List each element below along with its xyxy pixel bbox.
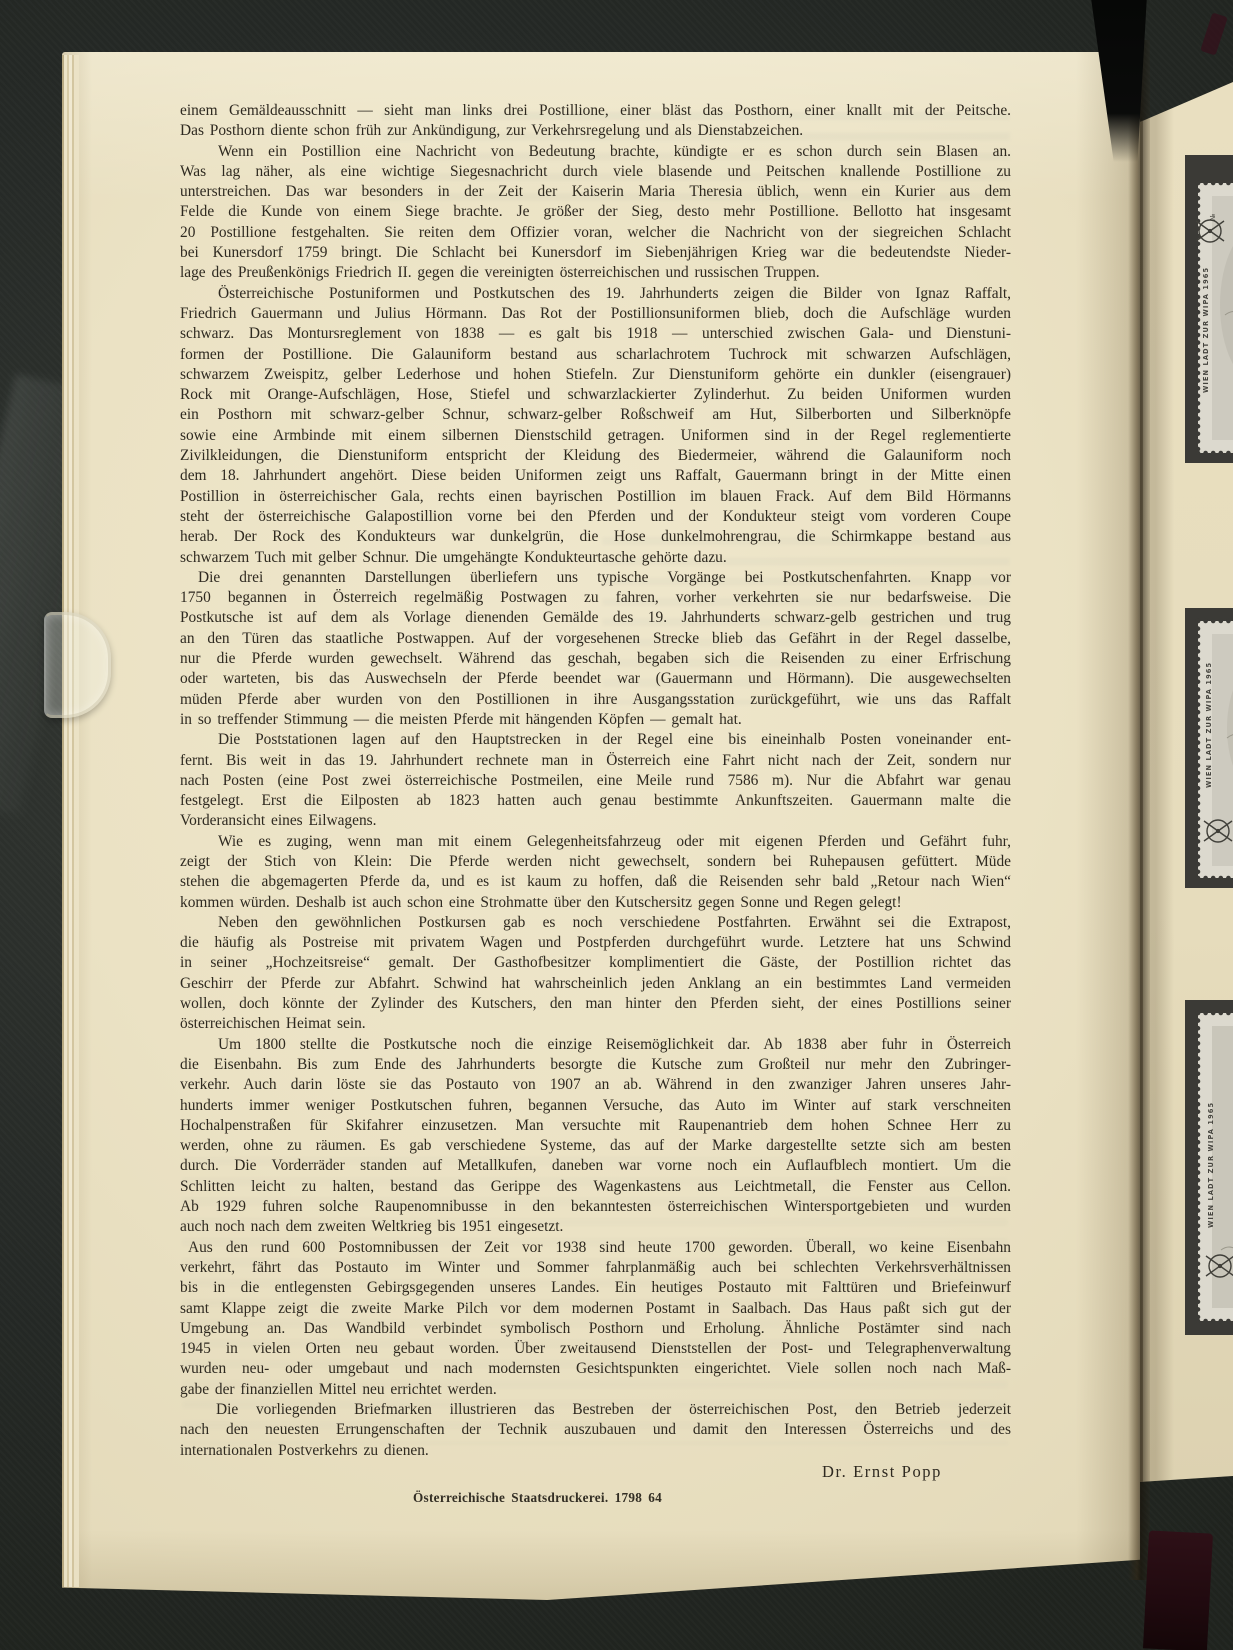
text-line: steht der österreichische Galapostillion… bbox=[180, 507, 1011, 527]
paragraph: Neben den gewöhnlichen Postkursen gab es… bbox=[180, 913, 1011, 1035]
text-line: dem 18. Jahrhundert angehört. Diese beid… bbox=[180, 466, 1011, 486]
text-line: Hochalpenstraßen für Skifahrer einzusetz… bbox=[180, 1116, 1011, 1136]
text-line: festgelegt. Erst die Eilposten ab 1823 h… bbox=[180, 791, 1011, 811]
text-line: schwarz. Das Montursreglement von 1838 —… bbox=[180, 324, 1011, 344]
text-line: schwarzem Tuch mit gelber Schnur. Die um… bbox=[180, 548, 1011, 568]
text-line: auch noch nach dem zweiten Weltkrieg bis… bbox=[180, 1217, 1011, 1237]
imprint-line: Österreichische Staatsdruckerei. 1798 64 bbox=[413, 1490, 662, 1506]
book-cover-edge bbox=[1200, 13, 1228, 56]
text-line: nach den neuesten Errungenschaften der T… bbox=[180, 1420, 1011, 1440]
text-line: samt Klappe zeigt die zweite Marke Pilch… bbox=[180, 1299, 1011, 1319]
stamp-caption: WIEN LADT ZUR WIPA 1965 bbox=[1205, 662, 1213, 788]
text-line: die Eisenbahn. Bis zum Ende des Jahrhund… bbox=[180, 1055, 1011, 1075]
text-line: Wenn ein Postillion eine Nachricht von B… bbox=[180, 142, 1011, 162]
text-line: Neben den gewöhnlichen Postkursen gab es… bbox=[180, 913, 1011, 933]
text-line: oder warteten, bis das Auswechseln der P… bbox=[180, 669, 1011, 689]
text-line: werden, ohne zu räumen. Es gab verschied… bbox=[180, 1136, 1011, 1156]
text-line: müden Pferde aber wurden von den Postill… bbox=[180, 690, 1011, 710]
text-line: unterstreichen. Das war besonders in der… bbox=[180, 182, 1011, 202]
text-line: die häufig als Postreise mit privatem Wa… bbox=[180, 933, 1011, 953]
text-line: zeigt der Stich von Klein: Die Pferde we… bbox=[180, 852, 1011, 872]
wipa-stamp: WIEN LADT ZUR WIPA 1965 bbox=[1185, 608, 1233, 888]
text-line: fernt. Bis weit in das 19. Jahrhundert r… bbox=[180, 751, 1011, 771]
text-line: 1945 in vielen Orten neu gebaut worden. … bbox=[180, 1339, 1011, 1359]
book-page: einem Gemäldeausschnitt — sieht man link… bbox=[62, 52, 1140, 1600]
text-line: Postillion in österreichischer Gala, rec… bbox=[180, 487, 1011, 507]
text-line: Rock mit Orange-Aufschlägen, Hose, Stief… bbox=[180, 385, 1011, 405]
text-line: 20 Postillione festgehalten. Sie reiten … bbox=[180, 223, 1011, 243]
text-line: Die drei genannten Darstellungen überlie… bbox=[180, 568, 1011, 588]
text-line: Wie es zuging, wenn man mit einem Gelege… bbox=[180, 832, 1011, 852]
text-line: nach Posten (eine Post zwei österreichis… bbox=[180, 771, 1011, 791]
text-line: lage des Preußenkönigs Friedrich II. geg… bbox=[180, 263, 1011, 283]
author-signature: Dr. Ernst Popp bbox=[180, 1462, 942, 1482]
text-line: verkehr. Auch darin löste sie das Postau… bbox=[180, 1075, 1011, 1095]
text-line: 1750 begannen in Österreich regelmäßig P… bbox=[180, 588, 1011, 608]
text-line: Die Poststationen lagen auf den Hauptstr… bbox=[180, 730, 1011, 750]
stamp-caption: WIEN LADT ZUR WIPA 1965 bbox=[1207, 1102, 1215, 1228]
article-text: einem Gemäldeausschnitt — sieht man link… bbox=[180, 101, 1011, 1461]
text-line: Aus den rund 600 Postomnibussen der Zeit… bbox=[180, 1238, 1011, 1258]
paragraph: Aus den rund 600 Postomnibussen der Zeit… bbox=[180, 1238, 1011, 1400]
text-line: österreichischen Heimat sein. bbox=[180, 1014, 1011, 1034]
text-line: nur die Pferde wurden gewechselt. Währen… bbox=[180, 649, 1011, 669]
text-line: Geschirr der Pferde zur Abfahrt. Schwind… bbox=[180, 974, 1011, 994]
book-cover-edge bbox=[1143, 1530, 1213, 1650]
text-line: Zivilkleidungen, die Dienstuniform entsp… bbox=[180, 446, 1011, 466]
paragraph: einem Gemäldeausschnitt — sieht man link… bbox=[180, 101, 1011, 142]
paragraph: Österreichische Postuniformen und Postku… bbox=[180, 284, 1011, 568]
text-line: verkehrt, fährt das Postauto im Winter u… bbox=[180, 1258, 1011, 1278]
text-line: hunderts immer weniger Postkutschen fuhr… bbox=[180, 1096, 1011, 1116]
wipa-stamp: WIEN LADT ZUR WIPA 1965 bbox=[1185, 1000, 1233, 1335]
text-line: sowie eine Armbinde mit einem silbernen … bbox=[180, 426, 1011, 446]
text-line: gabe der finanziellen Mittel neu erricht… bbox=[180, 1380, 1011, 1400]
text-line: wurden neu- oder umgebaut und nach moder… bbox=[180, 1359, 1011, 1379]
text-line: kommen würden. Deshalb ist auch schon ei… bbox=[180, 893, 1011, 913]
text-line: bis in die entlegensten Gebirgsgegenden … bbox=[180, 1278, 1011, 1298]
text-line: Friedrich Gauermann und Julius Hörmann. … bbox=[180, 304, 1011, 324]
text-line: Umgebung an. Das Wandbild verbindet symb… bbox=[180, 1319, 1011, 1339]
paragraph: Wie es zuging, wenn man mit einem Gelege… bbox=[180, 832, 1011, 913]
page-stack-edge bbox=[62, 55, 79, 1587]
text-line: Vorderansicht eines Eilwagens. bbox=[180, 811, 1011, 831]
text-line: herab. Der Rock des Kondukteurs war dunk… bbox=[180, 527, 1011, 547]
text-line: einem Gemäldeausschnitt — sieht man link… bbox=[180, 101, 1011, 121]
text-line: wollen, doch könnte der Zylinder des Kut… bbox=[180, 994, 1011, 1014]
text-line: stehen die abgemagerten Pferde da, und e… bbox=[180, 872, 1011, 892]
text-line: internationalen Postverkehrs zu dienen. bbox=[180, 1441, 1011, 1461]
text-line: Felde die Kunde von einem Siege brachte.… bbox=[180, 202, 1011, 222]
stamp-photo bbox=[1212, 1026, 1233, 1308]
facing-page-edge: № WIEN LADT ZUR WIPA 1965 WIEN LADT ZUR … bbox=[1140, 70, 1233, 1482]
text-line: Ab 1929 fuhren solche Raupenomnibusse in… bbox=[180, 1197, 1011, 1217]
paragraph: Um 1800 stellte die Postkutsche noch die… bbox=[180, 1035, 1011, 1238]
text-line: ein Posthorn mit schwarz-gelber Schnur, … bbox=[180, 405, 1011, 425]
gutter-shadow bbox=[1128, 40, 1150, 1580]
paragraph: Die Poststationen lagen auf den Hauptstr… bbox=[180, 730, 1011, 831]
text-line: Was lag näher, als eine wichtige Siegesn… bbox=[180, 162, 1011, 182]
paragraph: Die vorliegenden Briefmarken illustriere… bbox=[180, 1400, 1011, 1461]
text-line: Das Posthorn diente schon früh zur Ankün… bbox=[180, 121, 1011, 141]
text-line: Schlitten leicht zu halten, bestand das … bbox=[180, 1177, 1011, 1197]
text-line: durch. Die Vorderräder standen auf Metal… bbox=[180, 1156, 1011, 1176]
text-line: in so treffender Stimmung — die meisten … bbox=[180, 710, 1011, 730]
book-scan-photo: einem Gemäldeausschnitt — sieht man link… bbox=[0, 0, 1233, 1650]
text-line: in seiner „Hochzeitsreise“ gemalt. Der G… bbox=[180, 953, 1011, 973]
text-line: Um 1800 stellte die Postkutsche noch die… bbox=[180, 1035, 1011, 1055]
stamp-caption: WIEN LADT ZUR WIPA 1965 bbox=[1202, 267, 1210, 393]
text-line: Österreichische Postuniformen und Postku… bbox=[180, 284, 1011, 304]
wipa-stamp: № WIEN LADT ZUR WIPA 1965 bbox=[1185, 155, 1233, 463]
text-line: Postkutsche ist auf dem als Vorlage dien… bbox=[180, 608, 1011, 628]
paragraph: Die drei genannten Darstellungen überlie… bbox=[180, 568, 1011, 730]
text-line: bei Kunersdorf 1759 bringt. Die Schlacht… bbox=[180, 243, 1011, 263]
text-line: Die vorliegenden Briefmarken illustriere… bbox=[180, 1400, 1011, 1420]
text-line: formen der Postillione. Die Galauniform … bbox=[180, 345, 1011, 365]
text-line: schwarzem Zweispitz, gelber Lederhose un… bbox=[180, 365, 1011, 385]
text-line: an den Türen das staatliche Postwappen. … bbox=[180, 629, 1011, 649]
paragraph: Wenn ein Postillion eine Nachricht von B… bbox=[180, 142, 1011, 284]
